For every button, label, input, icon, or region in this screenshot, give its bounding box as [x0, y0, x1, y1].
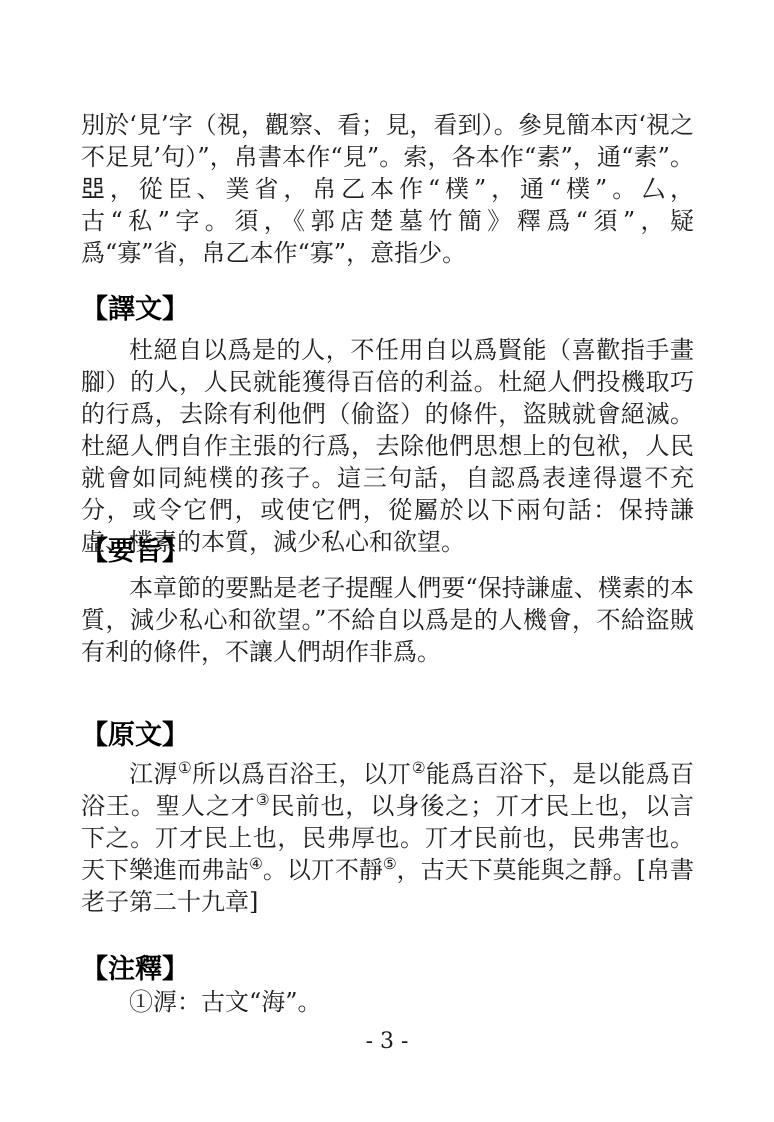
continuation-paragraph: 別於‘見’字（視，觀察、看；見，看到）。參見簡本丙‘視之不足見’句）”，帛書本作…: [81, 109, 694, 269]
page-number: - 3 -: [0, 1028, 774, 1056]
gist-paragraph: 本章節的要點是老子提醒人們要“保持謙虛、樸素的本質，減少私心和欲望。”不給自以爲…: [81, 572, 694, 668]
book-page: 別於‘見’字（視，觀察、看；見，看到）。參見簡本丙‘視之不足見’句）”，帛書本作…: [0, 0, 774, 1122]
section-heading-gist: 【要旨】: [81, 536, 694, 568]
section-heading-translation: 【譯文】: [81, 294, 694, 326]
section-heading-original-text: 【原文】: [81, 720, 694, 752]
original-text-paragraph: 江㴟①所以爲百浴王，以丌②能爲百浴下，是以能爲百浴王。聖人之才③民前也，以身後之…: [81, 758, 694, 918]
annotation-item: ①㴟：古文“海”。: [81, 986, 694, 1018]
section-heading-annotations: 【注釋】: [81, 954, 694, 986]
translation-paragraph: 杜絕自以爲是的人，不任用自以爲賢能（喜歡指手畫腳）的人，人民就能獲得百倍的利益。…: [81, 334, 694, 558]
